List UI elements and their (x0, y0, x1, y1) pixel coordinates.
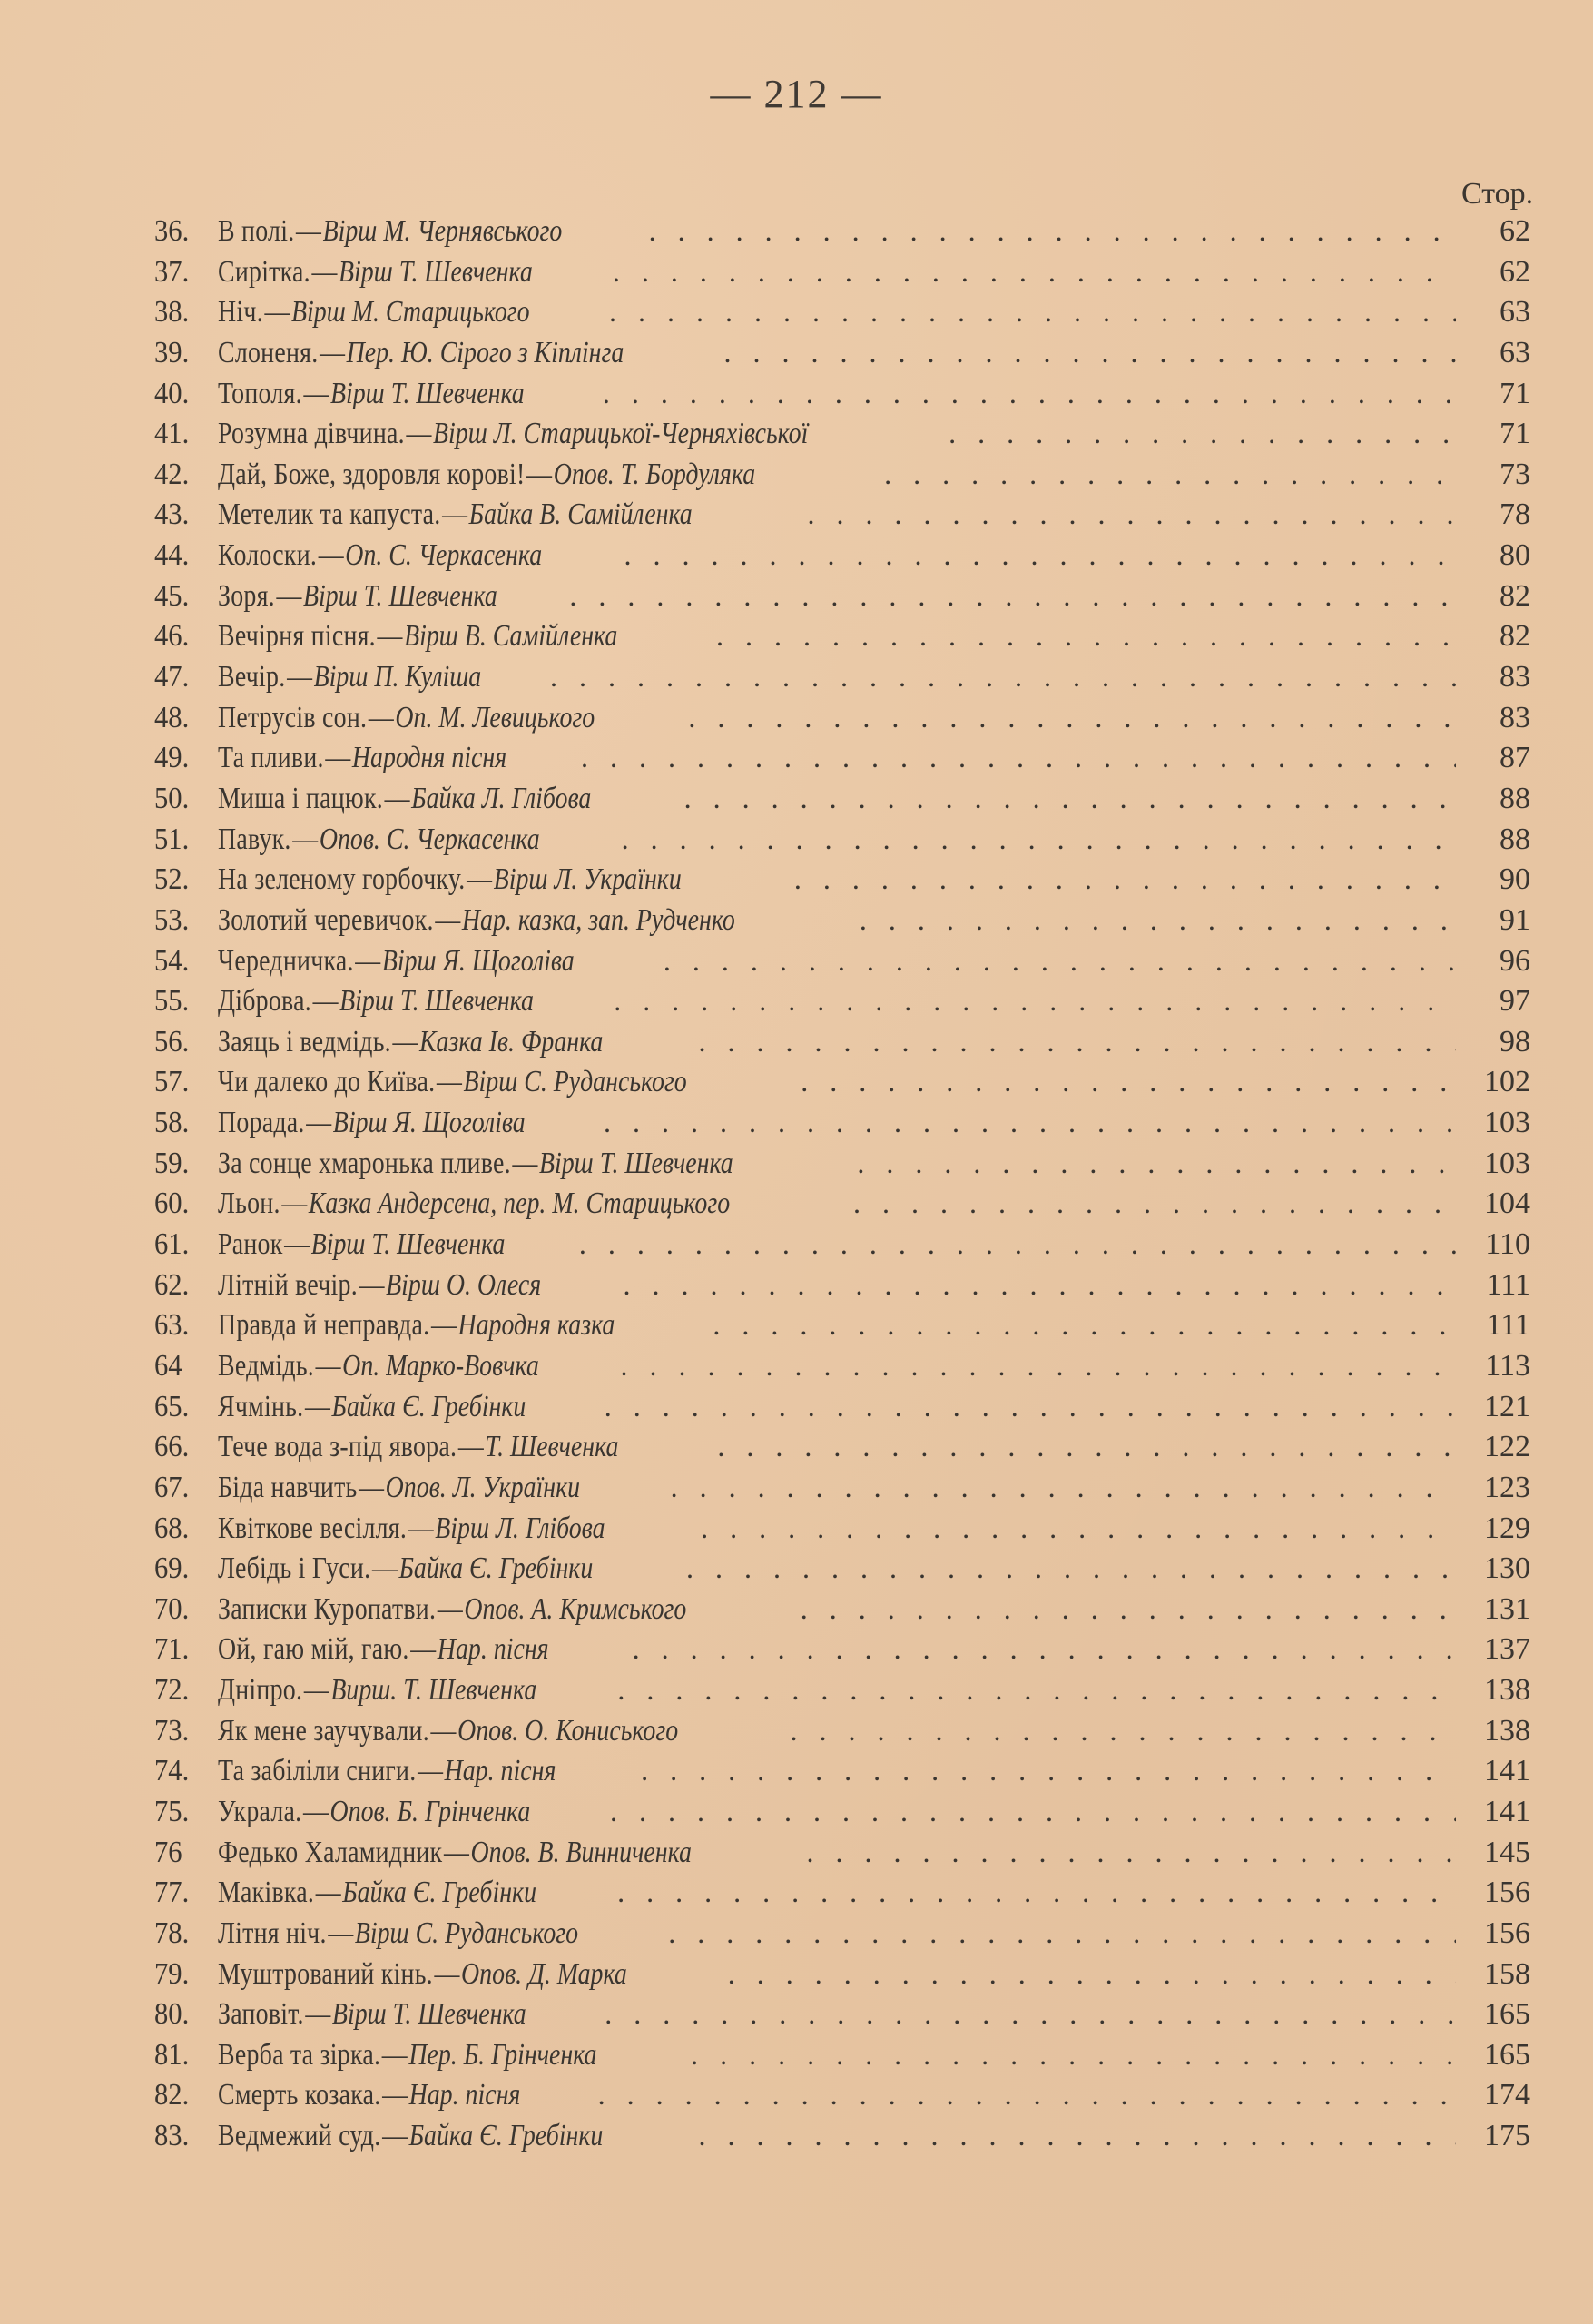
entry-author: Оп. Марко-Вовчка (342, 1346, 539, 1387)
entry-number: 73. (154, 1711, 211, 1752)
entry-author: Вірш С. Руданського (463, 1062, 686, 1103)
toc-entry: 65.Ячмінь.—Байка Є. Гребінки121 (154, 1386, 1534, 1427)
entry-title: Діброва. (218, 981, 311, 1022)
entry-author: Вірш Я. Щоголіва (382, 941, 575, 982)
dot-leader (691, 2034, 1456, 2075)
entry-author: Народня пісня (352, 738, 506, 779)
entry-author: Т. Шевченка (485, 1427, 618, 1468)
dot-leader (701, 1508, 1456, 1549)
entry-text: Муштрований кінь.—Опов. Д. Марка (218, 1955, 627, 1995)
entry-text: Діброва.—Вірш Т. Шевченка (218, 981, 534, 1022)
entry-dash: — (284, 1227, 310, 1261)
entry-page: 63 (1467, 333, 1534, 374)
entry-number: 76 (154, 1833, 211, 1874)
entry-page: 82 (1467, 576, 1534, 617)
dot-leader (949, 413, 1456, 454)
entry-title: Метелик та капуста. (218, 495, 440, 536)
toc-entry: 39.Слоненя.—Пер. Ю. Сірого з Кіплінга63 (154, 332, 1534, 373)
entry-text: Чередничка.—Вірш Я. Щоголіва (218, 941, 575, 982)
entry-page: 130 (1467, 1549, 1534, 1590)
toc-entry: 75.Украла.—Опов. Б. Грінченка141 (154, 1791, 1534, 1832)
entry-number: 79. (154, 1955, 211, 1995)
entry-text: Золотий черевичок.—Нар. казка, зап. Рудч… (218, 901, 735, 941)
entry-author: Народня казка (457, 1305, 615, 1346)
entry-dash: — (311, 255, 337, 289)
entry-page: 62 (1467, 252, 1534, 293)
page-number: — 212 — (0, 71, 1593, 117)
entry-text: За сонце хмаронька пливе.—Вірш Т. Шевчен… (218, 1144, 733, 1185)
entry-text: Тече вода з-під явора.—Т. Шевченка (218, 1427, 618, 1468)
entry-dash: — (319, 538, 344, 572)
entry-title: Тополя. (218, 374, 302, 415)
entry-page: 103 (1467, 1103, 1534, 1144)
dot-leader (884, 454, 1456, 495)
toc-entry: 59.За сонце хмаронька пливе.—Вірш Т. Шев… (154, 1143, 1534, 1184)
entry-dash: — (292, 822, 318, 856)
entry-dash: — (382, 2119, 408, 2152)
entry-text: Як мене заучували.—Опов. О. Кониського (218, 1711, 678, 1752)
entry-dash: — (444, 1836, 469, 1869)
entry-dash: — (410, 1632, 436, 1666)
entry-author: Вірш Л. Старицької-Черняхівської (433, 414, 808, 455)
entry-dash: — (442, 497, 467, 531)
entry-text: Верба та зірка.—Пер. Б. Грінченка (218, 2035, 597, 2076)
entry-dash: — (281, 1187, 307, 1220)
entry-author: Вірш Л. Українки (494, 860, 682, 901)
entry-author: Вірш Т. Шевченка (339, 252, 533, 293)
table-of-contents: 36.В полі.—Вірш М. Чернявського6237.Сирі… (154, 211, 1534, 2156)
entry-number: 64 (154, 1346, 211, 1387)
entry-title: Правда й неправда. (218, 1305, 429, 1346)
dot-leader (686, 1548, 1456, 1589)
dot-leader (624, 535, 1456, 576)
entry-number: 68. (154, 1509, 211, 1550)
dot-leader (613, 251, 1456, 292)
entry-page: 62 (1467, 212, 1534, 252)
entry-text: Вечір.—Вірш П. Куліша (218, 657, 481, 698)
entry-author: Вірш Т. Шевченка (339, 981, 534, 1022)
entry-number: 82. (154, 2075, 211, 2116)
entry-text: Заяць і ведмідь.—Казка Ів. Франка (218, 1022, 603, 1063)
entry-title: Павук. (218, 820, 291, 861)
entry-dash: — (355, 944, 380, 978)
dot-leader (633, 1629, 1456, 1669)
entry-number: 77. (154, 1873, 211, 1914)
entry-dash: — (305, 1997, 330, 2031)
toc-entry: 44.Колоски.—Оп. С. Черкасенка80 (154, 535, 1534, 576)
entry-number: 65. (154, 1387, 211, 1428)
entry-dash: — (316, 1349, 341, 1383)
entry-title: Ранок (218, 1225, 283, 1265)
entry-author: Нар. пісня (445, 1751, 556, 1792)
entry-title: Ведмежий суд. (218, 2116, 380, 2157)
dot-leader (579, 1224, 1456, 1265)
toc-entry: 71.Ой, гаю мій, гаю.—Нар. пісня137 (154, 1629, 1534, 1669)
entry-page: 96 (1467, 941, 1534, 982)
entry-author: Пер. Б. Грінченка (408, 2035, 596, 2076)
dot-leader (664, 940, 1456, 981)
entry-text: Слоненя.—Пер. Ю. Сірого з Кіплінга (218, 333, 624, 374)
entry-page: 98 (1467, 1022, 1534, 1063)
entry-number: 69. (154, 1549, 211, 1590)
toc-entry: 56.Заяць і ведмідь.—Казка Ів. Франка98 (154, 1021, 1534, 1062)
toc-entry: 52.На зеленому горбочку.—Вірш Л. Українк… (154, 859, 1534, 900)
entry-number: 67. (154, 1468, 211, 1509)
toc-entry: 61.Ранок—Вірш Т. Шевченка110 (154, 1224, 1534, 1265)
entry-text: Колоски.—Оп. С. Черкасенка (218, 536, 542, 576)
entry-text: Зоря.—Вірш Т. Шевченка (218, 576, 497, 617)
entry-dash: — (378, 619, 403, 653)
entry-page: 165 (1467, 1994, 1534, 2035)
entry-author: Вірш М. Чернявського (323, 212, 563, 252)
entry-number: 74. (154, 1751, 211, 1792)
entry-title: За сонце хмаронька пливе. (218, 1144, 511, 1185)
dot-leader (617, 1872, 1456, 1913)
entry-author: Нар. пісня (409, 2075, 521, 2116)
dot-leader (713, 1305, 1456, 1345)
entry-page: 175 (1467, 2116, 1534, 2157)
entry-title: Дніпро. (218, 1670, 302, 1711)
entry-title: Як мене заучували. (218, 1711, 429, 1752)
entry-number: 49. (154, 738, 211, 779)
entry-number: 60. (154, 1184, 211, 1225)
entry-text: Маківка.—Байка Є. Гребінки (218, 1873, 536, 1914)
entry-author: Вирш. Т. Шевченка (330, 1670, 536, 1711)
entry-author: Пер. Ю. Сірого з Кіплінга (347, 333, 624, 374)
entry-page: 129 (1467, 1509, 1534, 1550)
entry-text: Ой, гаю мій, гаю.—Нар. пісня (218, 1630, 549, 1670)
entry-text: На зеленому горбочку.—Вірш Л. Українки (218, 860, 682, 901)
toc-entry: 47.Вечір.—Вірш П. Куліша83 (154, 656, 1534, 697)
entry-title: Петрусів сон. (218, 698, 367, 739)
entry-text: Ведмежий суд.—Байка Є. Гребінки (218, 2116, 603, 2157)
entry-author: Байка В. Самійленка (469, 495, 693, 536)
entry-dash: — (431, 1308, 457, 1342)
toc-entry: 58.Порада.—Вірш Я. Щоголіва103 (154, 1102, 1534, 1143)
entry-text: Чи далеко до Київа.—Вірш С. Руданського (218, 1062, 687, 1103)
entry-number: 80. (154, 1994, 211, 2035)
entry-number: 53. (154, 901, 211, 941)
dot-leader (605, 1386, 1456, 1427)
entry-text: Ведмідь.—Оп. Марко-Вовчка (218, 1346, 539, 1387)
entry-dash: — (408, 1512, 434, 1545)
toc-entry: 81.Верба та зірка.—Пер. Б. Грінченка165 (154, 2034, 1534, 2075)
entry-text: Метелик та капуста.—Байка В. Самійленка (218, 495, 693, 536)
toc-entry: 43.Метелик та капуста.—Байка В. Самійлен… (154, 494, 1534, 535)
entry-text: Біда навчить—Опов. Л. Українки (218, 1468, 580, 1509)
dot-leader (728, 1954, 1456, 1994)
entry-dash: — (406, 417, 431, 450)
entry-page: 102 (1467, 1062, 1534, 1103)
entry-text: Федько Халамидник—Опов. В. Винниченка (218, 1833, 692, 1874)
entry-page: 71 (1467, 374, 1534, 415)
toc-entry: 53.Золотий черевичок.—Нар. казка, зап. Р… (154, 900, 1534, 940)
dot-leader (717, 1426, 1456, 1467)
dot-leader (801, 1061, 1456, 1102)
entry-title: Вечірня пісня. (218, 616, 376, 657)
dot-leader (699, 1021, 1456, 1062)
entry-page: 97 (1467, 981, 1534, 1022)
dot-leader (688, 697, 1456, 738)
entry-number: 42. (154, 455, 211, 496)
entry-page: 82 (1467, 616, 1534, 657)
entry-author: Опов. Т. Бордуляка (554, 455, 755, 496)
entry-text: Правда й неправда.—Народня казка (218, 1305, 615, 1346)
entry-number: 81. (154, 2035, 211, 2076)
entry-author: Байка Є. Гребінки (342, 1873, 536, 1914)
toc-entry: 37.Сирітка.—Вірш Т. Шевченка62 (154, 251, 1534, 292)
entry-page: 63 (1467, 292, 1534, 333)
entry-page: 145 (1467, 1833, 1534, 1874)
toc-entry: 42.Дай, Боже, здоровля корові!—Опов. Т. … (154, 454, 1534, 495)
entry-number: 52. (154, 860, 211, 901)
entry-text: Миша і пацюк.—Байка Л. Глібова (218, 779, 591, 820)
entry-title: На зеленому горбочку. (218, 860, 466, 901)
entry-title: Чередничка. (218, 941, 354, 982)
entry-number: 70. (154, 1590, 211, 1630)
entry-text: Украла.—Опов. Б. Грінченка (218, 1792, 530, 1833)
entry-dash: — (393, 1025, 418, 1059)
toc-entry: 76Федько Халамидник—Опов. В. Винниченка1… (154, 1832, 1534, 1873)
entry-number: 56. (154, 1022, 211, 1063)
toc-entry: 36.В полі.—Вірш М. Чернявського62 (154, 211, 1534, 251)
entry-number: 48. (154, 698, 211, 739)
entry-title: Та пливи. (218, 738, 324, 779)
entry-title: Ведмідь. (218, 1346, 314, 1387)
entry-number: 66. (154, 1427, 211, 1468)
entry-page: 83 (1467, 698, 1534, 739)
entry-page: 174 (1467, 2075, 1534, 2116)
entry-text: Петрусів сон.—Оп. М. Левицького (218, 698, 595, 739)
toc-entry: 38.Ніч.—Вірш М. Старицького63 (154, 291, 1534, 332)
entry-page: 88 (1467, 779, 1534, 820)
entry-title: Вечір. (218, 657, 285, 698)
entry-title: Украла. (218, 1792, 301, 1833)
entry-number: 47. (154, 657, 211, 698)
toc-entry: 63.Правда й неправда.—Народня казка111 (154, 1305, 1534, 1345)
toc-entry: 73.Як мене заучували.—Опов. О. Кониськог… (154, 1710, 1534, 1751)
entry-dash: — (435, 903, 460, 937)
entry-page: 156 (1467, 1873, 1534, 1914)
entry-page: 80 (1467, 536, 1534, 576)
entry-author: Опов. Б. Грінченка (330, 1792, 531, 1833)
dot-leader (617, 1669, 1456, 1710)
entry-author: Опов. В. Винниченка (470, 1833, 691, 1874)
entry-number: 51. (154, 820, 211, 861)
dot-leader (598, 2074, 1456, 2115)
entry-author: Байка Л. Глібова (411, 779, 591, 820)
entry-dash: — (438, 1592, 463, 1626)
entry-text: Сирітка.—Вірш Т. Шевченка (218, 252, 533, 293)
dot-leader (668, 1913, 1456, 1954)
toc-entry: 79.Муштрований кінь.—Опов. Д. Марка158 (154, 1954, 1534, 1994)
dot-leader (857, 1143, 1456, 1184)
entry-text: Літній вечір.—Вірш О. Олеся (218, 1265, 541, 1306)
dot-leader (801, 1589, 1456, 1630)
entry-dash: — (435, 1957, 460, 1991)
toc-entry: 45.Зоря.—Вірш Т. Шевченка82 (154, 576, 1534, 616)
entry-dash: — (306, 1106, 331, 1139)
entry-number: 61. (154, 1225, 211, 1265)
entry-text: Заповіт.—Вірш Т. Шевченка (218, 1994, 526, 2035)
dot-leader (550, 656, 1456, 697)
entry-title: Літня ніч. (218, 1914, 327, 1955)
entry-dash: — (277, 579, 302, 613)
entry-number: 36. (154, 212, 211, 252)
entry-title: Сирітка. (218, 252, 310, 293)
entry-title: Квіткове весілля. (218, 1509, 407, 1550)
entry-author: Байка Є. Гребінки (409, 2116, 604, 2157)
entry-title: Дай, Боже, здоровля корові! (218, 455, 526, 496)
entry-title: Лебідь і Гуси. (218, 1549, 370, 1590)
entry-author: Вірш Л. Глібова (435, 1509, 605, 1550)
entry-number: 45. (154, 576, 211, 617)
entry-number: 63. (154, 1305, 211, 1346)
entry-page: 111 (1467, 1305, 1534, 1346)
entry-title: Зоря. (218, 576, 275, 617)
entry-number: 40. (154, 374, 211, 415)
entry-title: Тече вода з-під явора. (218, 1427, 457, 1468)
entry-page: 138 (1467, 1711, 1534, 1752)
toc-entry: 80.Заповіт.—Вірш Т. Шевченка165 (154, 1994, 1534, 2034)
entry-author: Вірш В. Самійленка (404, 616, 617, 657)
dot-leader (614, 980, 1456, 1021)
dot-leader (860, 900, 1456, 940)
entry-number: 83. (154, 2116, 211, 2157)
entry-dash: — (359, 1268, 385, 1302)
entry-author: Байка Є. Гребінки (398, 1549, 593, 1590)
entry-dash: — (385, 782, 410, 815)
entry-author: Вірш Т. Шевченка (332, 1994, 526, 2035)
entry-number: 38. (154, 292, 211, 333)
entry-title: Та забіліли сниги. (218, 1751, 416, 1792)
entry-author: Вірш Я. Щоголіва (333, 1103, 526, 1144)
toc-entry: 54.Чередничка.—Вірш Я. Щоголіва96 (154, 940, 1534, 981)
entry-author: Оп. С. Черкасенка (345, 536, 542, 576)
toc-entry: 62.Літній вечір.—Вірш О. Олеся111 (154, 1265, 1534, 1305)
entry-author: Казка Андерсена, пер. М. Старицького (309, 1184, 730, 1225)
entry-title: Заповіт. (218, 1994, 304, 2035)
entry-dash: — (328, 1916, 353, 1950)
entry-author: Опов. А. Кримського (464, 1590, 686, 1630)
toc-entry: 77.Маківка.—Байка Є. Гребінки156 (154, 1872, 1534, 1913)
entry-page: 131 (1467, 1590, 1534, 1630)
entry-text: Ранок—Вірш Т. Шевченка (218, 1225, 505, 1265)
dot-leader (641, 1750, 1456, 1791)
entry-author: Байка Є. Гребінки (331, 1387, 526, 1428)
entry-page: 138 (1467, 1670, 1534, 1711)
entry-page: 123 (1467, 1468, 1534, 1509)
entry-page: 78 (1467, 495, 1534, 536)
entry-dash: — (304, 1673, 329, 1707)
entry-dash: — (418, 1754, 443, 1787)
dot-leader (610, 1791, 1456, 1832)
entry-author: Казка Ів. Франка (419, 1022, 603, 1063)
entry-page: 121 (1467, 1387, 1534, 1428)
entry-number: 50. (154, 779, 211, 820)
entry-page: 91 (1467, 901, 1534, 941)
toc-entry: 67.Біда навчить—Опов. Л. Українки123 (154, 1467, 1534, 1508)
entry-dash: — (382, 2038, 408, 2072)
entry-text: Льон.—Казка Андерсена, пер. М. Старицько… (218, 1184, 730, 1225)
dot-leader (569, 576, 1456, 616)
entry-page: 158 (1467, 1955, 1534, 1995)
entry-dash: — (303, 377, 329, 410)
entry-author: Вірш М. Старицького (291, 292, 530, 333)
entry-text: Та забіліли сниги.—Нар. пісня (218, 1751, 556, 1792)
toc-entry: 50.Миша і пацюк.—Байка Л. Глібова88 (154, 778, 1534, 819)
entry-text: В полі.—Вірш М. Чернявського (218, 212, 562, 252)
entry-author: Вірш Т. Шевченка (311, 1225, 506, 1265)
entry-author: Опов. Л. Українки (386, 1468, 580, 1509)
entry-dash: — (287, 660, 312, 694)
entry-text: Павук.—Опов. С. Черкасенка (218, 820, 540, 861)
toc-entry: 40.Тополя.—Вірш Т. Шевченка71 (154, 373, 1534, 414)
entry-title: Верба та зірка. (218, 2035, 380, 2076)
entry-text: Літня ніч.—Вірш С. Руданського (218, 1914, 578, 1955)
entry-dash: — (296, 214, 321, 248)
entry-title: Ячмінь. (218, 1387, 303, 1428)
dot-leader (671, 1467, 1456, 1508)
entry-title: Записки Куропатви. (218, 1590, 436, 1630)
entry-dash: — (313, 984, 339, 1018)
entry-page: 113 (1467, 1346, 1534, 1387)
entry-page: 156 (1467, 1914, 1534, 1955)
entry-dash: — (359, 1471, 384, 1504)
entry-number: 46. (154, 616, 211, 657)
entry-dash: — (303, 1795, 329, 1828)
entry-author: Вірш П. Куліша (314, 657, 482, 698)
entry-text: Порада.—Вірш Я. Щоголіва (218, 1103, 526, 1144)
dot-leader (684, 778, 1456, 819)
dot-leader (794, 859, 1456, 900)
entry-text: Вечірня пісня.—Вірш В. Самійленка (218, 616, 617, 657)
toc-entry: 51.Павук.—Опов. С. Черкасенка88 (154, 819, 1534, 860)
entry-page: 90 (1467, 860, 1534, 901)
entry-number: 41. (154, 414, 211, 455)
dot-leader (791, 1710, 1456, 1751)
dot-leader (609, 291, 1456, 332)
entry-text: Ніч.—Вірш М. Старицького (218, 292, 530, 333)
entry-dash: — (265, 295, 290, 329)
entry-text: Лебідь і Гуси.—Байка Є. Гребінки (218, 1549, 593, 1590)
entry-page: 141 (1467, 1751, 1534, 1792)
entry-number: 71. (154, 1630, 211, 1670)
entry-page: 88 (1467, 820, 1534, 861)
entry-title: Порада. (218, 1103, 305, 1144)
entry-dash: — (526, 458, 552, 491)
entry-text: Розумна дівчина.—Вірш Л. Старицької-Черн… (218, 414, 808, 455)
dot-leader (603, 373, 1456, 414)
entry-dash: — (320, 336, 345, 369)
entry-text: Ячмінь.—Байка Є. Гребінки (218, 1387, 526, 1428)
entry-number: 54. (154, 941, 211, 982)
entry-title: Колоски. (218, 536, 317, 576)
entry-number: 44. (154, 536, 211, 576)
entry-title: Льон. (218, 1184, 280, 1225)
entry-author: Вірш Т. Шевченка (539, 1144, 733, 1185)
entry-title: Маківка. (218, 1873, 314, 1914)
entry-title: Розумна дівчина. (218, 414, 405, 455)
entry-title: Літній вечір. (218, 1265, 358, 1306)
toc-entry: 83.Ведмежий суд.—Байка Є. Гребінки175 (154, 2115, 1534, 2156)
entry-number: 78. (154, 1914, 211, 1955)
toc-entry: 74.Та забіліли сниги.—Нар. пісня141 (154, 1750, 1534, 1791)
toc-entry: 70.Записки Куропатви.—Опов. А. Кримськог… (154, 1589, 1534, 1630)
entry-text: Записки Куропатви.—Опов. А. Кримського (218, 1590, 686, 1630)
entry-page: 83 (1467, 657, 1534, 698)
entry-title: Федько Халамидник (218, 1833, 442, 1874)
